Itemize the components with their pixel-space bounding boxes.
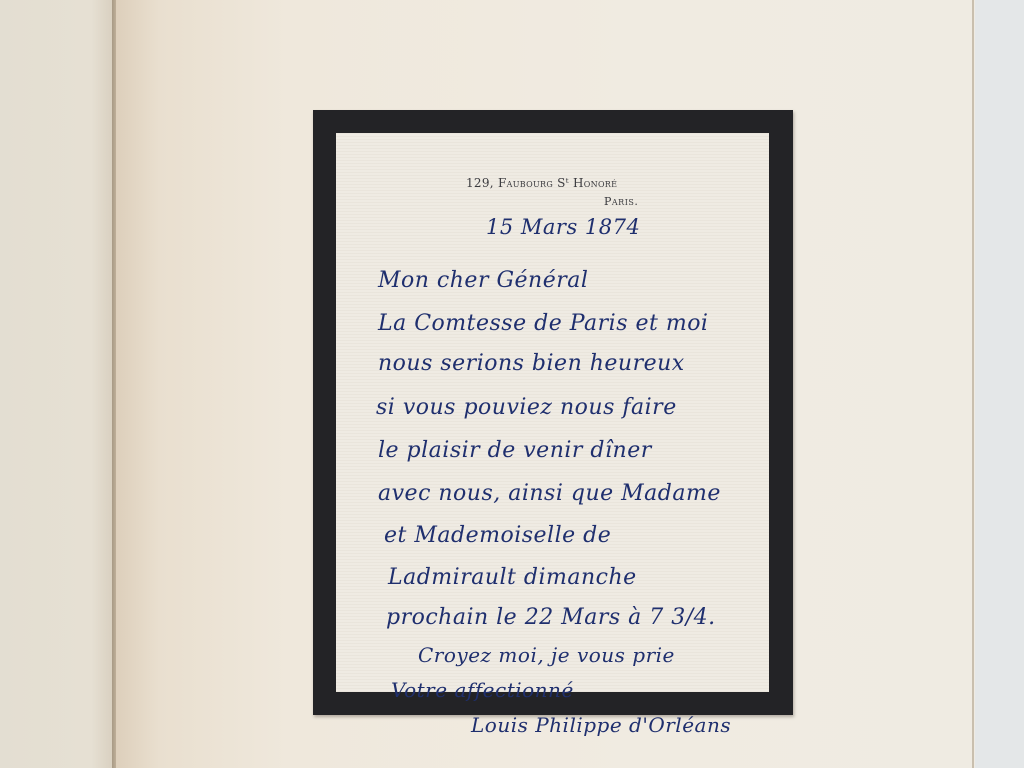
letter-line: nous serions bien heureux [378,351,685,376]
letterhead-city: Paris. [604,195,638,208]
letter-signature: Louis Philippe d'Orléans [471,713,731,737]
background-surface [975,0,1024,768]
page-edge [972,0,974,768]
letter-line: prochain le 22 Mars à 7 3/4. [386,605,716,630]
letter-closing: Votre affectionné [391,678,574,702]
mourning-card: 129, Faubourg Sᵗ Honoré Paris. 15 Mars 1… [313,110,793,715]
card-paper: 129, Faubourg Sᵗ Honoré Paris. 15 Mars 1… [336,133,769,692]
letter-line: La Comtesse de Paris et moi [378,311,708,336]
letter-closing: Croyez moi, je vous prie [418,643,675,667]
letter-line: et Mademoiselle de [384,523,611,548]
letter-line: avec nous, ainsi que Madame [378,481,721,506]
letter-line: Ladmirault dimanche [388,565,637,590]
letter-line: le plaisir de venir dîner [378,438,652,463]
letterhead-address: 129, Faubourg Sᵗ Honoré [466,176,617,190]
left-book-page [0,0,114,768]
letter-line: si vous pouviez nous faire [376,395,677,420]
letter-salutation: Mon cher Général [378,268,588,293]
letter-date: 15 Mars 1874 [486,215,640,239]
